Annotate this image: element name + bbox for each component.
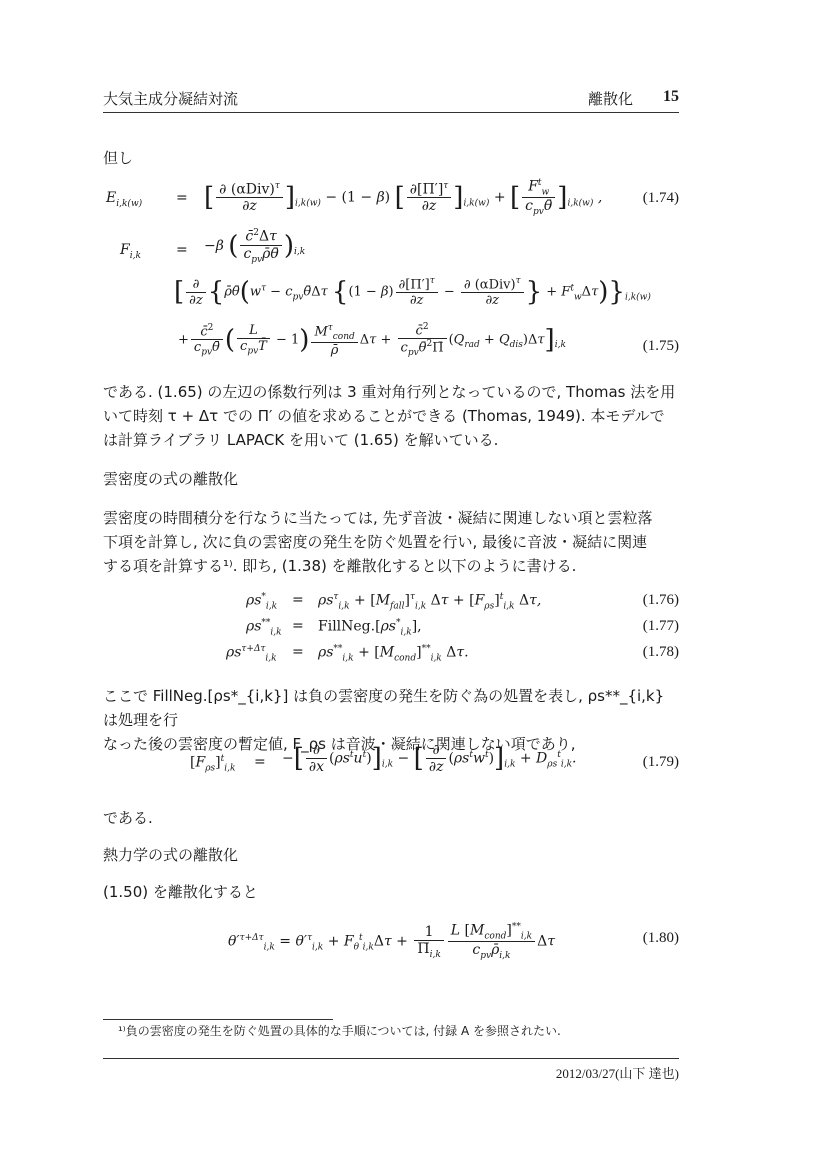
section-heading-thermodynamics: 熱力学の式の離散化 — [103, 844, 679, 865]
equation-1-80: θ′τ+Δτi,k = θ′τi,k + Fθti,kΔτ + 1Π̄i,kL … — [228, 912, 679, 962]
intro-text: 但し — [103, 146, 679, 170]
document-title: 大気主成分凝結対流 — [103, 88, 238, 109]
paragraph-cloud-density: 雲密度の時間積分を行なうに当たっては, 先ず音波・凝結に関連しない項と雲粒落 下… — [103, 506, 679, 578]
paragraph-thomas: である. (1.65) の左辺の係数行列は 3 重対角行列となっているので, T… — [103, 380, 679, 452]
paragraph-line: は計算ライブラリ LAPACK を用いて (1.65) を解いている. — [103, 428, 679, 452]
equation-number: (1.78) — [643, 644, 679, 661]
paragraph-line: する項を計算する¹⁾. 即ち, (1.38) を離散化すると以下のように書ける. — [103, 554, 679, 578]
equation-number: (1.74) — [643, 190, 679, 207]
paragraph-line: 雲密度の時間積分を行なうに当たっては, 先ず音波・凝結に関連しない項と雲粒落 — [103, 506, 679, 530]
equation-1-74: Ei,k(w) = [∂ (αDiv)τ∂z]i,k(w) − (1 − β) … — [106, 178, 679, 222]
paragraph-line: である. (1.65) の左辺の係数行列は 3 重対角行列となっているので, T… — [103, 380, 679, 404]
footnote: ¹⁾負の雲密度の発生を防ぐ処置の具体的な手順については, 付録 A を参照された… — [118, 1022, 561, 1039]
footnote-rule — [103, 1019, 333, 1020]
paragraph-line: 下項を計算し, 次に負の雲密度の発生を防ぐ処置を行い, 最後に音波・凝結に関連 — [103, 530, 679, 554]
page-number: 15 — [663, 88, 679, 106]
footer-date-author: 2012/03/27(山下 達也) — [556, 1063, 679, 1082]
equation-number: (1.76) — [643, 592, 679, 609]
equation-1-79: [Fρs]ti,k = −[∂∂x(ρstut)]i,k − [∂∂z(ρstw… — [190, 742, 679, 792]
paragraph-discretize-1-50: (1.50) を離散化すると — [103, 880, 679, 904]
running-header: 大気主成分凝結対流 離散化 15 — [103, 88, 679, 113]
text-dearu: である. — [103, 806, 679, 830]
equation-1-75: Fi,k = −β (c̄2Δτcpvρ̄θ̄)i,k [∂∂z{ρ̄θ̄(wτ… — [106, 228, 679, 368]
paragraph-line: ここで FillNeg.[ρs*_{i,k}] は負の雲密度の発生を防ぐ為の処置… — [103, 684, 679, 732]
equation-number: (1.77) — [643, 618, 679, 635]
footer-rule — [103, 1058, 679, 1059]
section-title: 離散化 — [588, 88, 633, 109]
equation-block-1-76-1-78: ρs*i,k = ρsτi,k + [Mfall]τi,k Δτ + [Fρs]… — [226, 592, 679, 672]
equation-number: (1.75) — [643, 338, 679, 355]
section-heading-cloud-density: 雲密度の式の離散化 — [103, 468, 679, 489]
paragraph-line: いて時刻 τ + Δτ での Π′ の値を求めることができる (Thomas, … — [103, 404, 679, 428]
equation-number: (1.80) — [643, 930, 679, 947]
equation-number: (1.79) — [643, 754, 679, 771]
